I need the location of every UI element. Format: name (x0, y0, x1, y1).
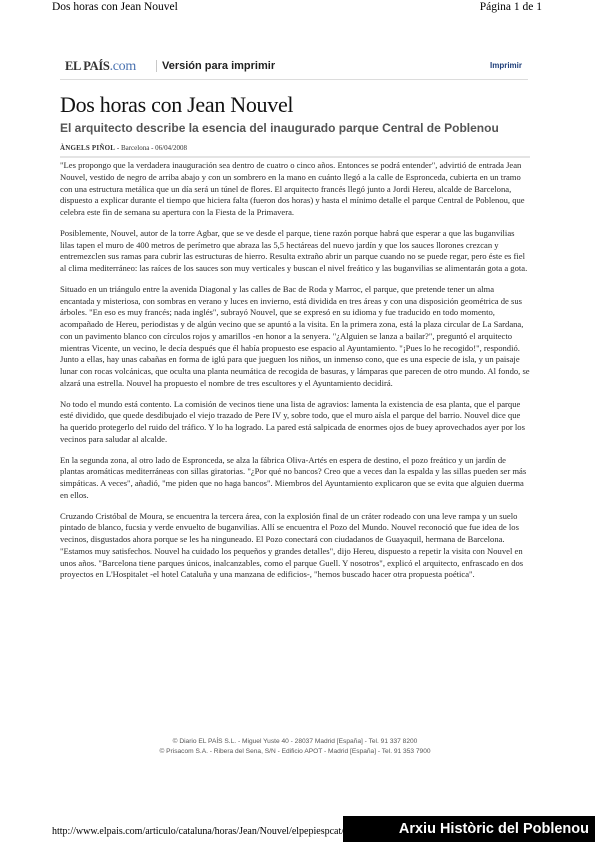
byline-place-date: - Barcelona - 06/04/2008 (115, 144, 187, 152)
article-paragraph-6: Cruzando Cristóbal de Moura, se encuentr… (60, 511, 530, 582)
article-byline: ÀNGELS PIÑOL - Barcelona - 06/04/2008 (60, 144, 530, 158)
article-headline: Dos horas con Jean Nouvel (60, 92, 293, 118)
print-header-page-number: Página 1 de 1 (480, 1, 542, 13)
masthead: EL PAÍS.com Versión para imprimir Imprim… (60, 57, 528, 80)
copyright-footer: © Diario EL PAÍS S.L. - Miguel Yuste 40 … (60, 737, 530, 757)
article-subheadline: El arquitecto describe la esencia del in… (60, 121, 499, 135)
archive-label: Arxiu Històric del Poblenou (399, 821, 589, 837)
article-body: "Les propongo que la verdadera inaugurac… (60, 160, 530, 590)
article-paragraph-4: No todo el mundo está contento. La comis… (60, 399, 530, 446)
author-name: ÀNGELS PIÑOL (60, 144, 115, 152)
article-paragraph-3: Situado en un triángulo entre la avenida… (60, 284, 530, 390)
print-header-title: Dos horas con Jean Nouvel (52, 1, 178, 13)
print-version-label: Versión para imprimir (162, 60, 275, 72)
logo-divider (156, 60, 157, 72)
copyright-line-elpais: © Diario EL PAÍS S.L. - Miguel Yuste 40 … (60, 737, 530, 747)
article-paragraph-1: "Les propongo que la verdadera inaugurac… (60, 160, 530, 219)
copyright-line-prisacom: © Prisacom S.A. - Ribera del Sena, S/N -… (60, 747, 530, 757)
logo-main: EL PAÍS (65, 59, 110, 73)
article-paragraph-2: Posiblemente, Nouvel, autor de la torre … (60, 228, 530, 275)
browser-print-header: Dos horas con Jean Nouvel Página 1 de 1 (0, 0, 595, 16)
article-paragraph-5: En la segunda zona, al otro lado de Espr… (60, 455, 530, 502)
elpais-logo[interactable]: EL PAÍS.com (65, 59, 136, 75)
print-link[interactable]: Imprimir (490, 61, 522, 70)
archive-watermark-banner: Arxiu Històric del Poblenou (343, 816, 595, 842)
logo-suffix: .com (110, 59, 136, 74)
print-footer-url: http://www.elpais.com/articulo/cataluna/… (52, 826, 352, 837)
